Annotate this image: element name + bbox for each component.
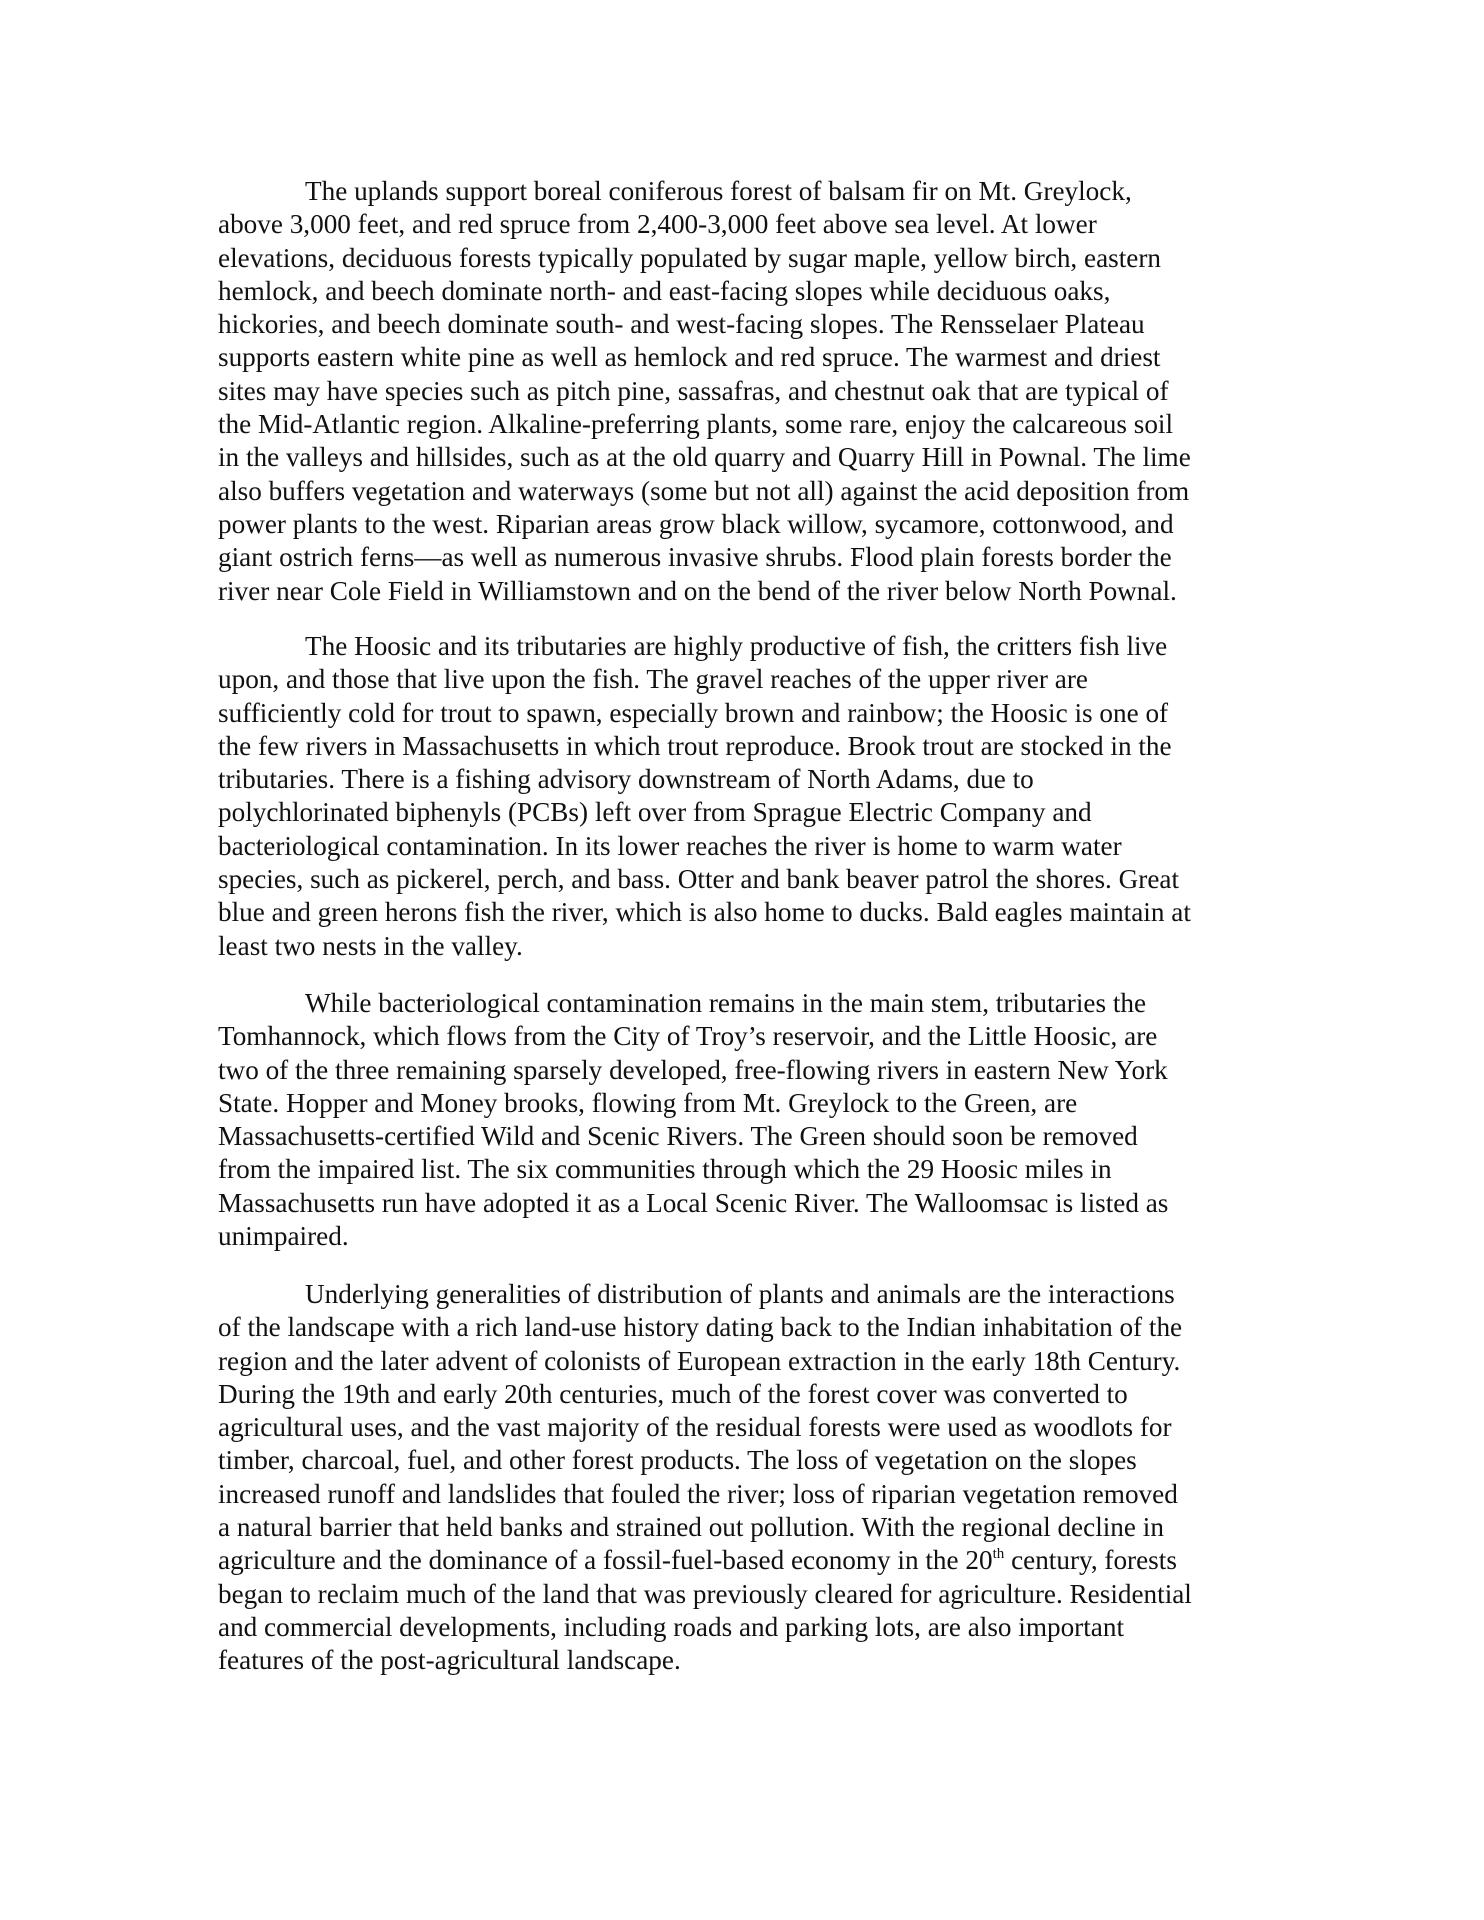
text-line: The Hoosic and its tributaries are highl… <box>218 630 1278 663</box>
text-line: sites may have species such as pitch pin… <box>218 375 1278 408</box>
text-line: of the landscape with a rich land-use hi… <box>218 1311 1278 1344</box>
text-line: Massachusetts-certified Wild and Scenic … <box>218 1120 1278 1153</box>
text-line: The uplands support boreal coniferous fo… <box>218 175 1278 208</box>
paragraph-tributaries-status: While bacteriological contamination rema… <box>218 987 1278 1253</box>
text-line: blue and green herons fish the river, wh… <box>218 896 1278 929</box>
text-line: giant ostrich ferns—as well as numerous … <box>218 541 1278 574</box>
text-line: the few rivers in Massachusetts in which… <box>218 730 1278 763</box>
text-line: tributaries. There is a fishing advisory… <box>218 763 1278 796</box>
text-line: began to reclaim much of the land that w… <box>218 1578 1278 1611</box>
text-line: State. Hopper and Money brooks, flowing … <box>218 1087 1278 1120</box>
text-line: Underlying generalities of distribution … <box>218 1278 1278 1311</box>
text-line: in the valleys and hillsides, such as at… <box>218 441 1278 474</box>
text-line: timber, charcoal, fuel, and other forest… <box>218 1444 1278 1477</box>
text-line: hickories, and beech dominate south- and… <box>218 308 1278 341</box>
text-line: two of the three remaining sparsely deve… <box>218 1054 1278 1087</box>
ordinal-superscript: th <box>993 1546 1005 1562</box>
text-line: features of the post-agricultural landsc… <box>218 1644 1278 1677</box>
text-line: above 3,000 feet, and red spruce from 2,… <box>218 208 1278 241</box>
text-line: polychlorinated biphenyls (PCBs) left ov… <box>218 796 1278 829</box>
text-line: species, such as pickerel, perch, and ba… <box>218 863 1278 896</box>
text-line: During the 19th and early 20th centuries… <box>218 1378 1278 1411</box>
text-line: upon, and those that live upon the fish.… <box>218 663 1278 696</box>
text-line: Massachusetts run have adopted it as a L… <box>218 1187 1278 1220</box>
text-line: While bacteriological contamination rema… <box>218 987 1278 1020</box>
text-line: bacteriological contamination. In its lo… <box>218 830 1278 863</box>
text-line: least two nests in the valley. <box>218 930 1278 963</box>
document-page: The uplands support boreal coniferous fo… <box>0 0 1484 1920</box>
text-line: river near Cole Field in Williamstown an… <box>218 575 1278 608</box>
text-line-with-superscript: agriculture and the dominance of a fossi… <box>218 1544 1278 1577</box>
text-line: from the impaired list. The six communit… <box>218 1153 1278 1186</box>
text-line: unimpaired. <box>218 1220 1278 1253</box>
text-line: sufficiently cold for trout to spawn, es… <box>218 697 1278 730</box>
paragraph-uplands-vegetation: The uplands support boreal coniferous fo… <box>218 175 1278 608</box>
text-line: also buffers vegetation and waterways (s… <box>218 475 1278 508</box>
text-line: a natural barrier that held banks and st… <box>218 1511 1278 1544</box>
text-line: Tomhannock, which flows from the City of… <box>218 1020 1278 1053</box>
text-line: increased runoff and landslides that fou… <box>218 1478 1278 1511</box>
paragraph-land-use-history: Underlying generalities of distribution … <box>218 1278 1278 1678</box>
text-segment: century, forests <box>1004 1545 1177 1575</box>
text-segment: agriculture and the dominance of a fossi… <box>218 1545 993 1575</box>
text-line: hemlock, and beech dominate north- and e… <box>218 275 1278 308</box>
text-line: the Mid-Atlantic region. Alkaline-prefer… <box>218 408 1278 441</box>
text-line: power plants to the west. Riparian areas… <box>218 508 1278 541</box>
text-line: and commercial developments, including r… <box>218 1611 1278 1644</box>
paragraph-hoosic-fish: The Hoosic and its tributaries are highl… <box>218 630 1278 963</box>
text-line: agricultural uses, and the vast majority… <box>218 1411 1278 1444</box>
text-line: region and the later advent of colonists… <box>218 1345 1278 1378</box>
text-line: supports eastern white pine as well as h… <box>218 341 1278 374</box>
text-line: elevations, deciduous forests typically … <box>218 242 1278 275</box>
